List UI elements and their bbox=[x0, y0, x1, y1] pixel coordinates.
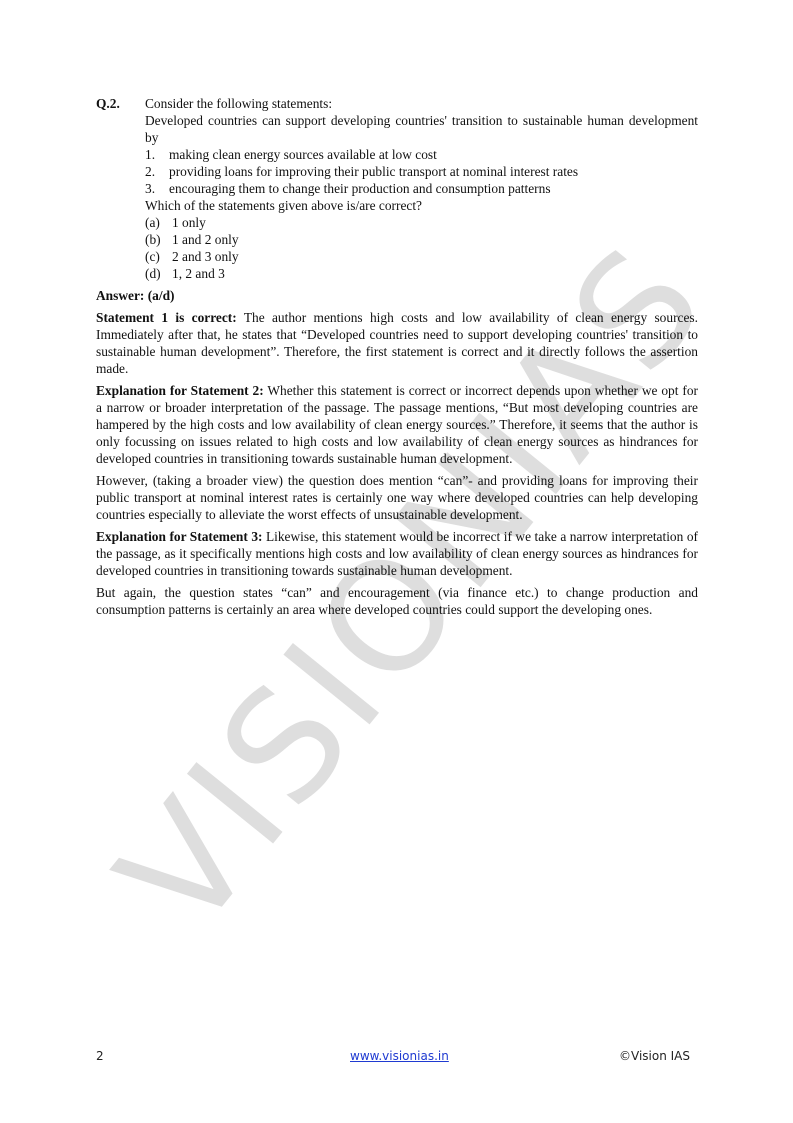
question-number: Q.2. bbox=[96, 95, 145, 282]
statement-number: 3. bbox=[145, 180, 169, 197]
explanation-text: But again, the question states “can” and… bbox=[96, 585, 698, 617]
statement-number: 2. bbox=[145, 163, 169, 180]
document-page: VISIONIAS Q.2. Consider the following st… bbox=[0, 0, 793, 1123]
statement-item: 2.providing loans for improving their pu… bbox=[145, 163, 698, 180]
explanation-heading: Explanation for Statement 2: bbox=[96, 383, 264, 398]
website-link[interactable]: www.visionias.in bbox=[350, 1049, 449, 1063]
option-text: 1 only bbox=[172, 214, 206, 231]
page-number: 2 bbox=[96, 1049, 104, 1063]
question: Q.2. Consider the following statements: … bbox=[96, 95, 698, 282]
explanation-statement-2-broader: However, (taking a broader view) the que… bbox=[96, 472, 698, 523]
option-item: (c)2 and 3 only bbox=[145, 248, 698, 265]
statement-item: 3.encouraging them to change their produ… bbox=[145, 180, 698, 197]
copyright-text: ©Vision IAS bbox=[619, 1049, 690, 1063]
option-text: 2 and 3 only bbox=[172, 248, 239, 265]
question-body: Consider the following statements: Devel… bbox=[145, 95, 698, 282]
explanation-statement-3: Explanation for Statement 3: Likewise, t… bbox=[96, 528, 698, 579]
explanation-statement-3-broader: But again, the question states “can” and… bbox=[96, 584, 698, 618]
option-item: (d)1, 2 and 3 bbox=[145, 265, 698, 282]
option-label: (b) bbox=[145, 231, 172, 248]
question-ask: Which of the statements given above is/a… bbox=[145, 197, 698, 214]
explanation-text: However, (taking a broader view) the que… bbox=[96, 473, 698, 522]
statement-number: 1. bbox=[145, 146, 169, 163]
answer-line: Answer: (a/d) bbox=[96, 287, 698, 304]
statement-item: 1.making clean energy sources available … bbox=[145, 146, 698, 163]
option-item: (b)1 and 2 only bbox=[145, 231, 698, 248]
option-label: (c) bbox=[145, 248, 172, 265]
option-label: (a) bbox=[145, 214, 172, 231]
option-text: 1, 2 and 3 bbox=[172, 265, 225, 282]
option-list: (a)1 only (b)1 and 2 only (c)2 and 3 onl… bbox=[145, 214, 698, 282]
option-text: 1 and 2 only bbox=[172, 231, 239, 248]
explanation-statement-1: Statement 1 is correct: The author menti… bbox=[96, 309, 698, 377]
statement-text: encouraging them to change their product… bbox=[169, 180, 551, 197]
statement-list: 1.making clean energy sources available … bbox=[145, 146, 698, 197]
explanation-heading: Explanation for Statement 3: bbox=[96, 529, 262, 544]
option-label: (d) bbox=[145, 265, 172, 282]
question-block: Q.2. Consider the following statements: … bbox=[96, 95, 698, 623]
option-item: (a)1 only bbox=[145, 214, 698, 231]
explanation-statement-2: Explanation for Statement 2: Whether thi… bbox=[96, 382, 698, 467]
explanation-heading: Statement 1 is correct: bbox=[96, 310, 237, 325]
statement-text: providing loans for improving their publ… bbox=[169, 163, 578, 180]
page-footer: 2 www.visionias.in ©Vision IAS bbox=[96, 1049, 690, 1067]
question-prompt: Consider the following statements: bbox=[145, 95, 698, 112]
statement-text: making clean energy sources available at… bbox=[169, 146, 437, 163]
question-stem: Developed countries can support developi… bbox=[145, 112, 698, 146]
